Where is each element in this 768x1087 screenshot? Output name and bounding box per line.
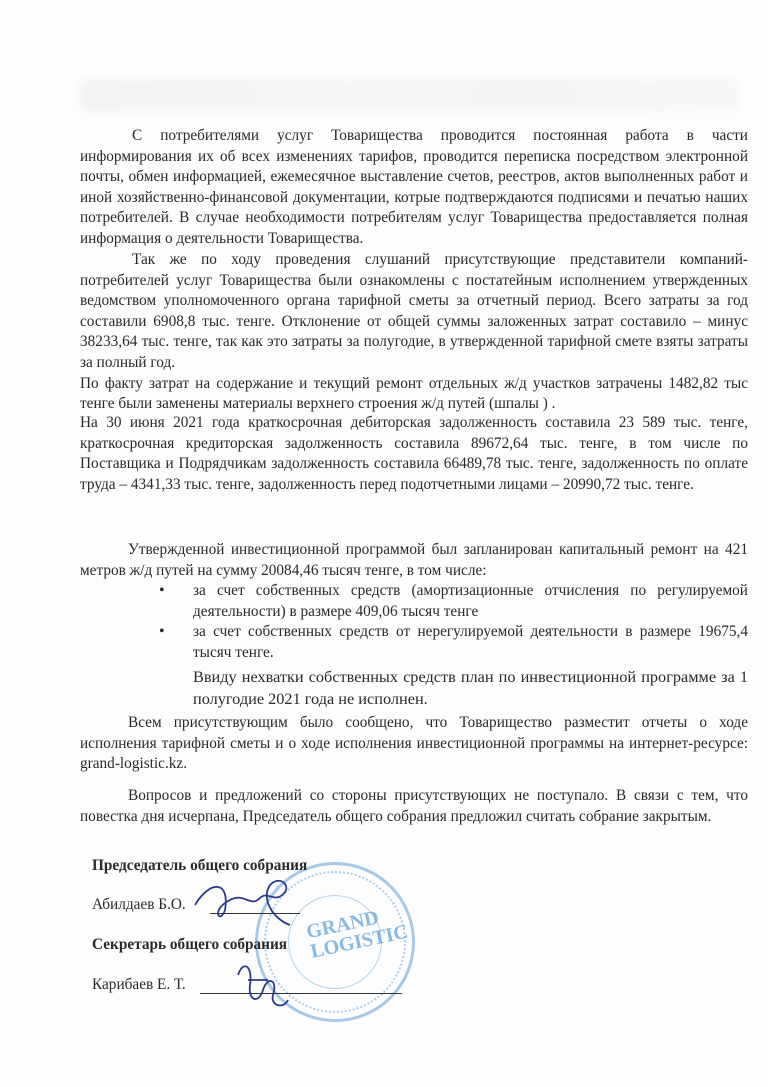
- secretary-name: Карибаев Е. Т.: [92, 976, 186, 994]
- paragraph-text: Так же по ходу проведения слушаний прису…: [80, 250, 748, 374]
- funding-list: за счет собственных средств (амортизацио…: [80, 581, 748, 663]
- secretary-signature-icon: [228, 955, 298, 1015]
- chair-name: Абилдаев Б.О.: [92, 896, 186, 914]
- paragraph-text: Вопросов и предложений со стороны присут…: [80, 786, 748, 827]
- paragraph-repairs: По факту затрат на содержание и текущий …: [80, 374, 748, 415]
- chair-signature-icon: [190, 870, 300, 930]
- paragraph-text: Всем присутствующим было сообщено, что Т…: [80, 713, 748, 775]
- paragraph-debts: На 30 июня 2021 года краткосрочная дебит…: [80, 413, 748, 495]
- investment-note: Ввиду нехватки собственных средств план …: [80, 666, 748, 710]
- paragraph-investment: Утвержденной инвестиционной программой б…: [80, 540, 748, 710]
- paragraph-hearings: Так же по ходу проведения слушаний прису…: [80, 250, 748, 415]
- paragraph-consumer-info: С потребителями услуг Товарищества прово…: [80, 126, 748, 250]
- paragraph-publication: Всем присутствующим было сообщено, что Т…: [80, 713, 748, 775]
- bleed-through-text: [80, 78, 740, 112]
- paragraph-text: С потребителями услуг Товарищества прово…: [80, 126, 748, 250]
- document-page: С потребителями услуг Товарищества прово…: [0, 0, 768, 1087]
- stamp-text: GRAND LOGISTIC: [305, 908, 382, 962]
- paragraph-closing: Вопросов и предложений со стороны присут…: [80, 786, 748, 827]
- list-item: за счет собственных средств (амортизацио…: [155, 581, 748, 622]
- paragraph-text: Утвержденной инвестиционной программой б…: [80, 540, 748, 581]
- secretary-title: Секретарь общего собрания: [92, 936, 287, 954]
- paragraph-text: На 30 июня 2021 года краткосрочная дебит…: [80, 413, 748, 495]
- list-item: за счет собственных средств от нерегулир…: [155, 622, 748, 663]
